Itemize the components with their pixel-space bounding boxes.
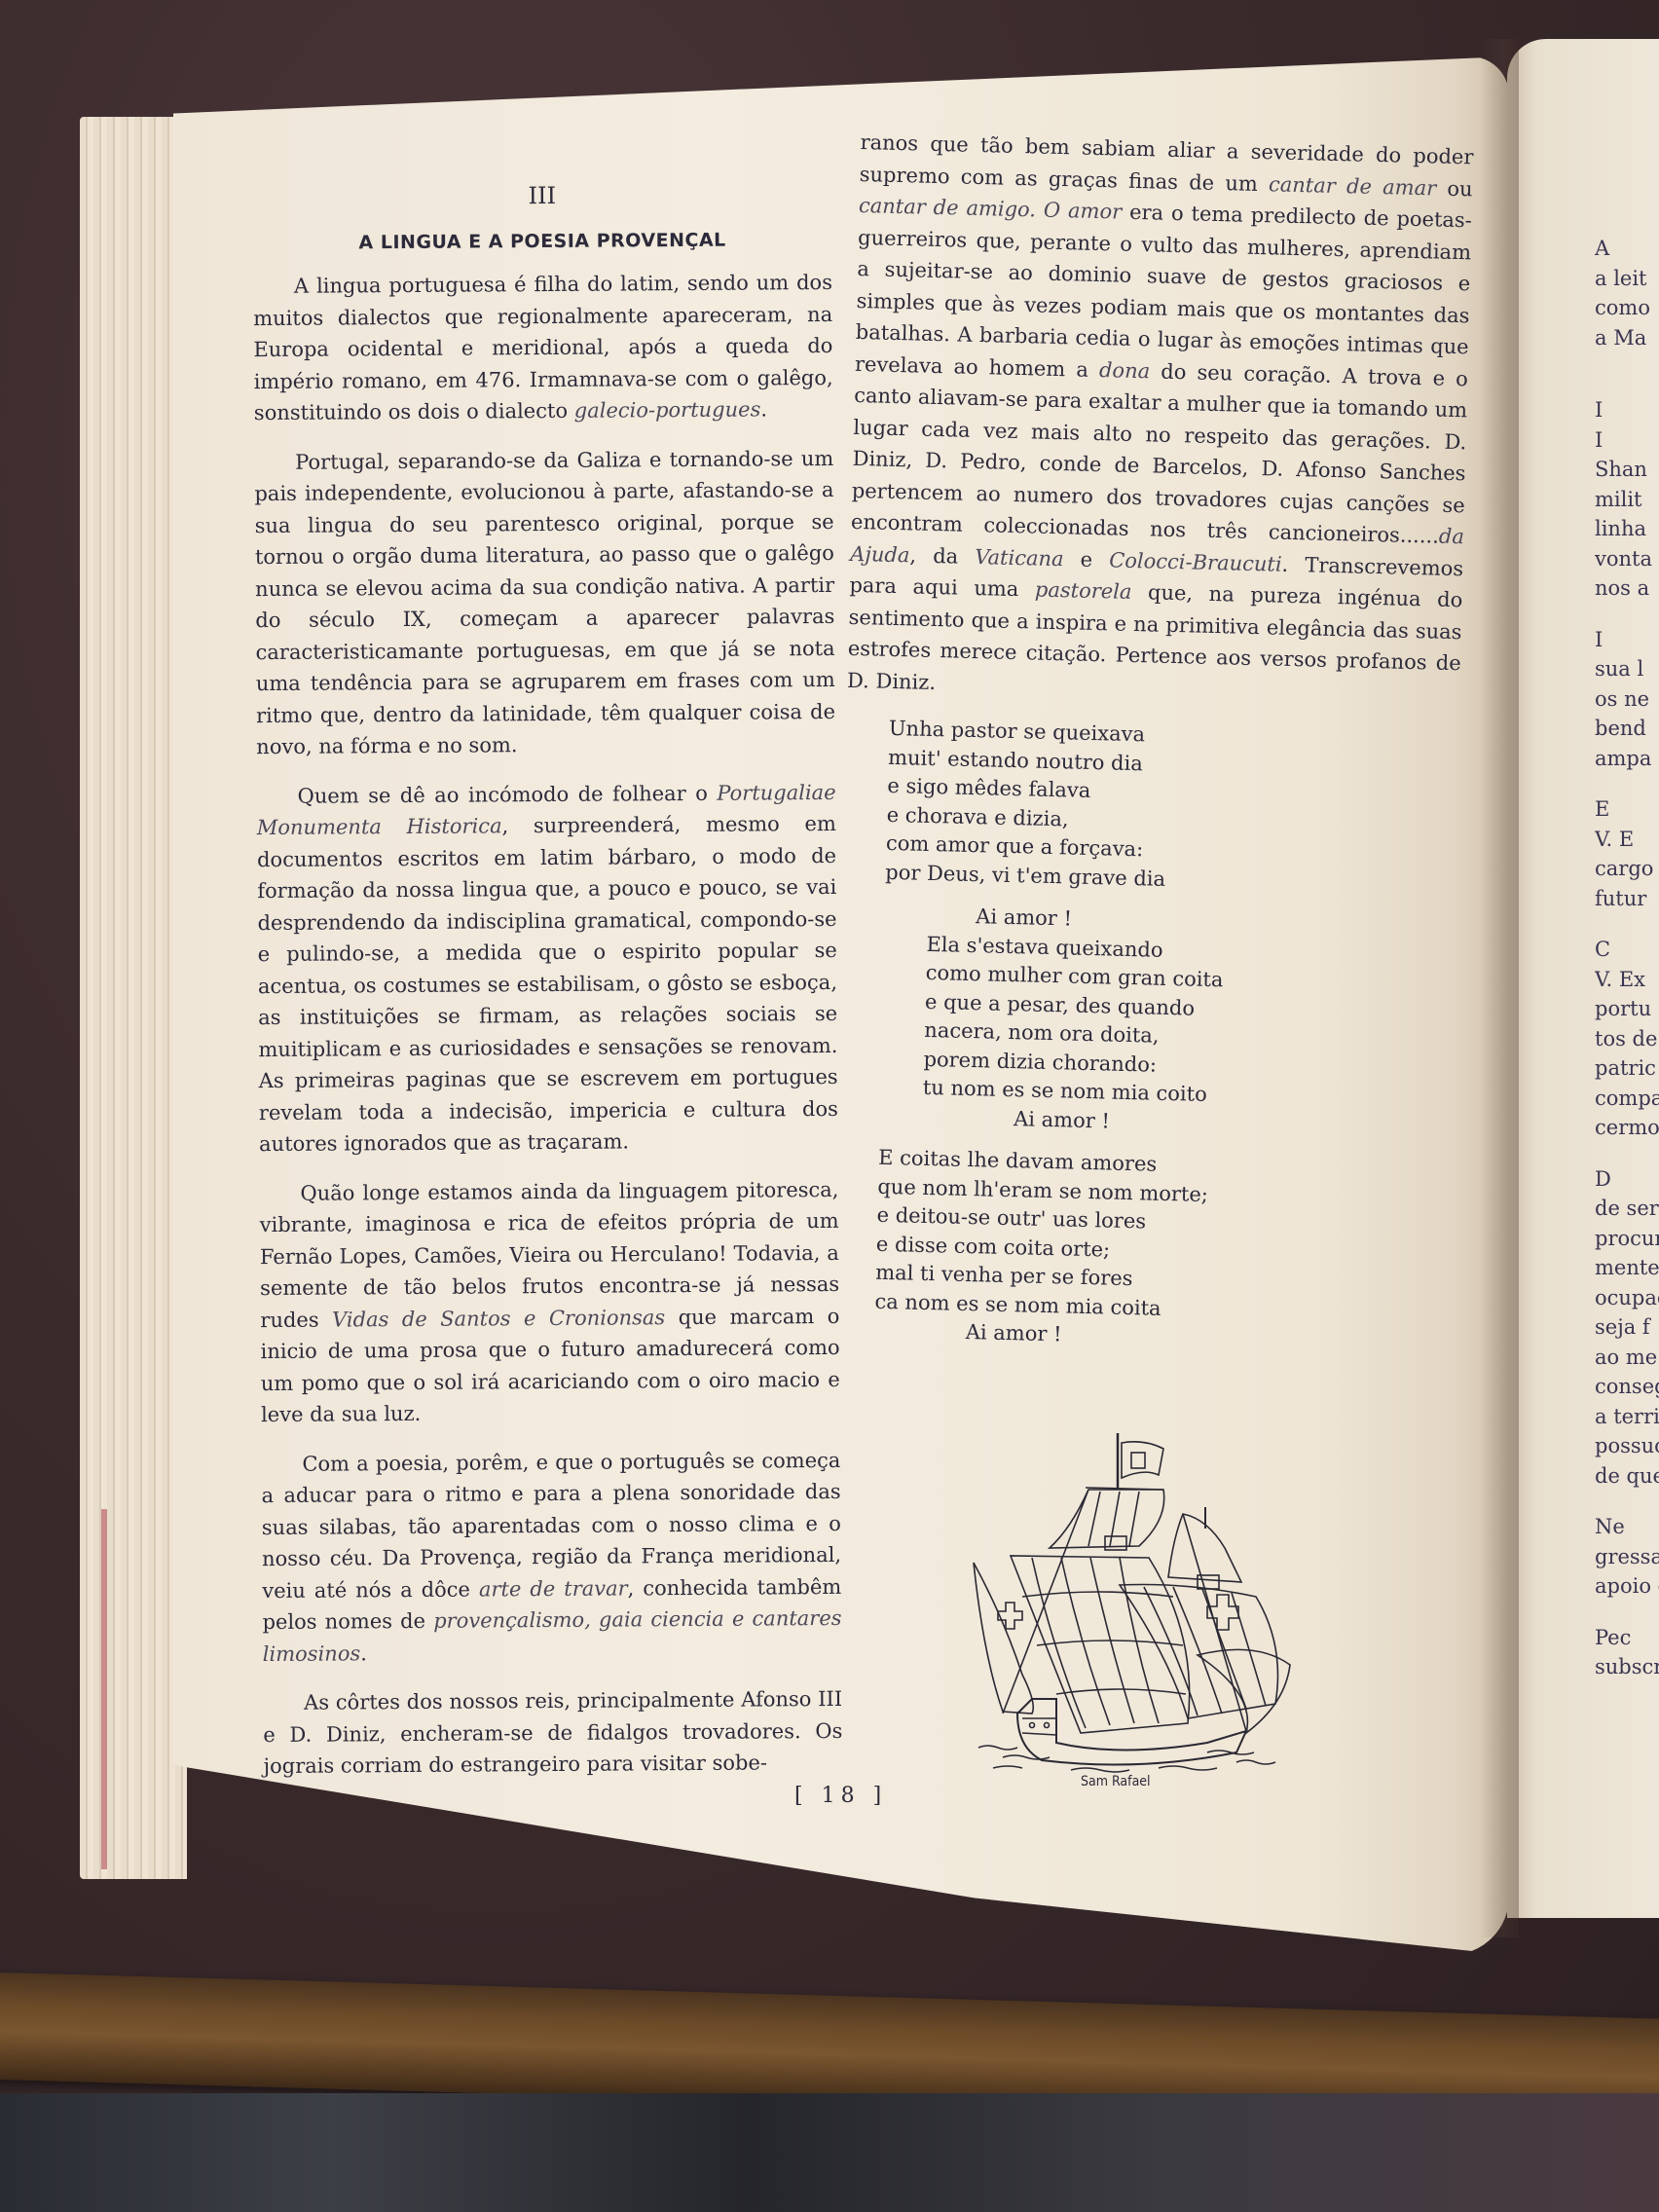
- poem-stanza-3: E coitas lhe davam amores que nom lh'era…: [873, 1144, 1449, 1359]
- red-page-edge: [101, 1509, 107, 1869]
- facing-page-line: E: [1595, 794, 1659, 825]
- facing-page-line: [1595, 773, 1659, 794]
- facing-page-line: possuo: [1595, 1431, 1659, 1461]
- floor-background: [0, 2093, 1659, 2212]
- facing-page-line: de ser: [1595, 1194, 1659, 1224]
- facing-page-line: Ne: [1595, 1512, 1659, 1542]
- facing-page-line: gressar: [1595, 1542, 1659, 1572]
- facing-page-line: portu: [1595, 994, 1659, 1024]
- facing-page-line: D: [1595, 1164, 1659, 1195]
- facing-page-line: [1595, 913, 1659, 935]
- facing-page-line: V. Ex: [1595, 965, 1659, 995]
- book-spine-shadow: [1480, 39, 1519, 1937]
- facing-page-line: sua l: [1595, 654, 1659, 684]
- facing-page-line: [1595, 604, 1659, 625]
- poem-stanza-1: Unha pastor se queixava muit' estando no…: [885, 715, 1459, 901]
- paragraph-portugaliae: Quem se dê ao incómodo de folhear o Port…: [256, 776, 838, 1160]
- page-stack-edges: [80, 117, 187, 1879]
- facing-page-line: I: [1595, 395, 1659, 425]
- facing-page-line: cargo: [1595, 854, 1659, 884]
- facing-page-line: Pec: [1595, 1623, 1659, 1653]
- facing-page-line: subscre: [1595, 1652, 1659, 1682]
- facing-page-line: [1595, 1143, 1659, 1164]
- facing-page-line: linha: [1595, 514, 1659, 544]
- facing-page-line: C: [1595, 935, 1659, 965]
- facing-page-line: milit: [1595, 485, 1659, 515]
- facing-page-line: apoio e: [1595, 1571, 1659, 1602]
- facing-page-line: patric: [1595, 1053, 1659, 1084]
- facing-page-line: conseg: [1595, 1372, 1659, 1402]
- left-column: III A LINGUA E A POESIA PROVENÇAL A ling…: [252, 178, 843, 1800]
- facing-page-line: Shan: [1595, 455, 1659, 485]
- facing-page-line: I: [1595, 425, 1659, 456]
- page-number: [ 18 ]: [794, 1784, 887, 1808]
- facing-page-line: seja f: [1595, 1312, 1659, 1343]
- facing-page-line: bend: [1595, 714, 1659, 744]
- caravel-ship-illustration-icon: [964, 1421, 1295, 1777]
- facing-page-line: ampa: [1595, 744, 1659, 774]
- paragraph-linguagem: Quão longe estamos ainda da linguagem pi…: [259, 1173, 840, 1430]
- facing-page-line: de que: [1595, 1461, 1659, 1492]
- paragraph-poesia: Com a poesia, porêm, e que o português s…: [261, 1444, 842, 1670]
- facing-page-line: [1595, 1602, 1659, 1623]
- facing-page-line: V. E: [1595, 825, 1659, 855]
- chapter-number: III: [252, 178, 831, 214]
- facing-page-line: nos a: [1595, 573, 1659, 604]
- right-column: ranos que tão bem sabiam aliar a severid…: [830, 127, 1474, 1373]
- facing-page-line: [1595, 374, 1659, 395]
- facing-page-line: ao me: [1595, 1343, 1659, 1373]
- facing-page-line: a leit: [1595, 264, 1659, 294]
- facing-page-text-fragments: Aa leitcomoa MaIIShanmilitlinhavontanos …: [1595, 234, 1659, 1682]
- facing-page-line: tos de: [1595, 1024, 1659, 1054]
- paragraph-portugal-separation: Portugal, separando-se da Galiza e torna…: [254, 442, 835, 762]
- facing-page-line: vonta: [1595, 544, 1659, 574]
- paragraph-cortes: As côrtes dos nossos reis, principalment…: [263, 1683, 843, 1783]
- pastorela-poem: Unha pastor se queixava muit' estando no…: [873, 715, 1459, 1359]
- facing-page-line: I: [1595, 625, 1659, 655]
- facing-page-line: [1595, 352, 1659, 374]
- facing-page-line: [1595, 1491, 1659, 1512]
- paragraph-trovadores: ranos que tão bem sabiam aliar a severid…: [847, 127, 1474, 711]
- facing-page-line: cermo: [1595, 1113, 1659, 1143]
- facing-page-line: a Ma: [1595, 323, 1659, 353]
- figure-caption: Sam Rafael: [1081, 1774, 1151, 1789]
- facing-page-line: a terri: [1595, 1402, 1659, 1432]
- facing-page-line: os ne: [1595, 684, 1659, 715]
- chapter-title: A LINGUA E A POESIA PROVENÇAL: [253, 223, 832, 259]
- facing-page-line: ocupaç: [1595, 1283, 1659, 1313]
- facing-page-line: mente: [1595, 1253, 1659, 1283]
- facing-page-line: futur: [1595, 884, 1659, 914]
- poem-stanza-2: Ela s'estava queixando como mulher com g…: [879, 929, 1455, 1144]
- paragraph-origins: A lingua portuguesa é filha do latim, se…: [253, 267, 833, 429]
- facing-page-line: procur: [1595, 1224, 1659, 1254]
- facing-page-line: A: [1595, 234, 1659, 264]
- facing-page-line: como: [1595, 293, 1659, 323]
- facing-page-line: compa: [1595, 1084, 1659, 1114]
